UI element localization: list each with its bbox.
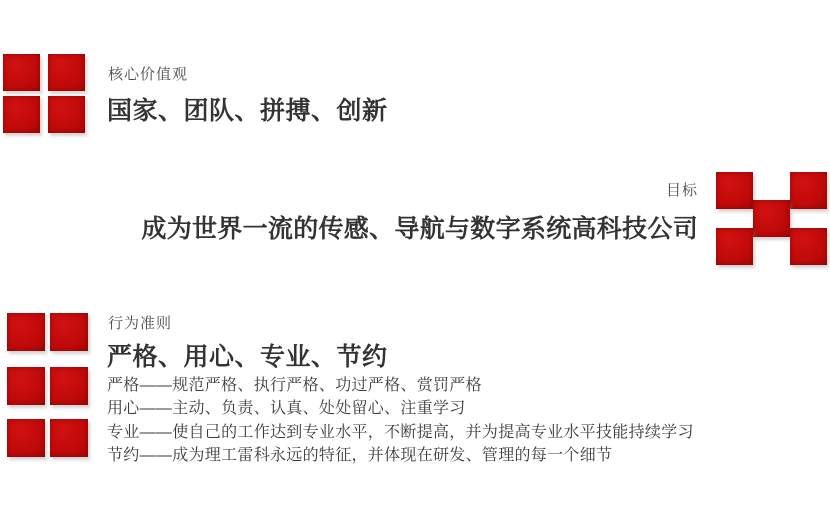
conduct-detail-line: 严格——规范严格、执行严格、功过严格、赏罚严格 <box>107 374 694 397</box>
red-square <box>7 313 45 351</box>
red-square <box>7 419 45 457</box>
goal-label: 目标 <box>141 179 698 200</box>
company-culture-page: 核心价值观 国家、团队、拼搏、创新 目标 成为世界一流的传感、导航与数字系统高科… <box>0 0 830 521</box>
conduct-label: 行为准则 <box>108 312 172 333</box>
goal-heading: 成为世界一流的传感、导航与数字系统高科技公司 <box>141 209 698 245</box>
core-values-label: 核心价值观 <box>108 63 188 84</box>
red-square <box>50 367 88 405</box>
red-square <box>48 54 85 91</box>
red-square <box>790 228 827 265</box>
core-values-heading: 国家、团队、拼搏、创新 <box>107 91 388 127</box>
red-square <box>716 228 753 265</box>
red-square <box>790 172 827 209</box>
red-square <box>50 419 88 457</box>
red-square <box>753 200 790 237</box>
red-square <box>50 313 88 351</box>
conduct-detail-line: 节约——成为理工雷科永远的特征，并体现在研发、管理的每一个细节 <box>107 444 694 467</box>
red-square <box>48 96 85 133</box>
conduct-heading: 严格、用心、专业、节约 <box>107 337 388 373</box>
red-square <box>716 172 753 209</box>
red-square <box>7 367 45 405</box>
conduct-details: 严格——规范严格、执行严格、功过严格、赏罚严格 用心——主动、负责、认真、处处留… <box>107 374 694 468</box>
red-square <box>3 96 40 133</box>
conduct-detail-line: 专业——使自己的工作达到专业水平，不断提高，并为提高专业水平技能持续学习 <box>107 421 694 444</box>
red-square <box>3 54 40 91</box>
conduct-detail-line: 用心——主动、负责、认真、处处留心、注重学习 <box>107 397 694 420</box>
